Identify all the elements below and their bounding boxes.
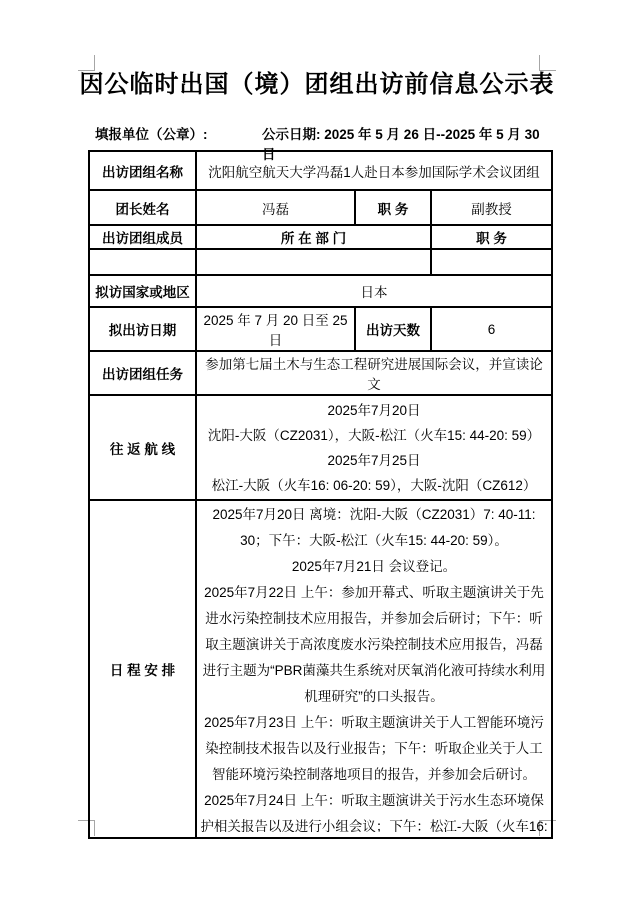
row-schedule: 日 程 安 排 2025年7月20日 离境：沈阳-大阪（CZ2031）7: 40… <box>89 500 552 838</box>
row-task: 出访团组任务 参加第七届土木与生态工程研究进展国际会议，并宣读论文 <box>89 351 552 395</box>
schedule-paragraph: 2025年7月23日 上午：听取主题演讲关于人工智能环境污染控制技术报告以及行业… <box>200 710 548 788</box>
schedule-paragraph: 2025年7月24日 上午：听取主题演讲关于污水生态环境保护相关报告以及进行小组… <box>200 788 548 832</box>
delegation-name-label: 出访团组名称 <box>89 151 196 190</box>
leader-name-value: 冯磊 <box>196 190 355 225</box>
route-label: 往 返 航 线 <box>89 395 196 500</box>
route-line: 2025年7月20日 <box>200 398 548 423</box>
members-label: 出访团组成员 <box>89 225 196 249</box>
schedule-label: 日 程 安 排 <box>89 500 196 838</box>
row-route: 往 返 航 线 2025年7月20日 沈阳-大阪（CZ2031），大阪-松江（火… <box>89 395 552 500</box>
task-label: 出访团组任务 <box>89 351 196 395</box>
route-line: 松江-大阪（火车16: 06-20: 59），大阪-沈阳（CZ612） <box>200 473 548 498</box>
leader-label: 团长姓名 <box>89 190 196 225</box>
document-page: 因公临时出国（境）团组出访前信息公示表 填报单位（公章）: 公示日期: 2025… <box>0 0 634 897</box>
leader-post-label: 职 务 <box>355 190 431 225</box>
publicity-date-label: 公示日期: <box>262 127 321 142</box>
row-members-header: 出访团组成员 所 在 部 门 职 务 <box>89 225 552 249</box>
row-country: 拟访国家或地区 日本 <box>89 275 552 307</box>
route-value: 2025年7月20日 沈阳-大阪（CZ2031），大阪-松江（火车15: 44-… <box>196 395 552 500</box>
days-label: 出访天数 <box>355 307 431 351</box>
row-delegation-name: 出访团组名称 沈阳航空航天大学冯磊1人赴日本参加国际学术会议团组 <box>89 151 552 190</box>
members-empty-name-cell <box>89 249 196 275</box>
days-value: 6 <box>431 307 552 351</box>
members-dept-header: 所 在 部 门 <box>196 225 431 249</box>
schedule-value: 2025年7月20日 离境：沈阳-大阪（CZ2031）7: 40-11: 30；… <box>196 500 552 838</box>
dates-value: 2025 年 7 月 20 日至 25 日 <box>196 307 355 351</box>
row-dates: 拟出访日期 2025 年 7 月 20 日至 25 日 出访天数 6 <box>89 307 552 351</box>
members-empty-post-cell <box>431 249 552 275</box>
members-post-header: 职 务 <box>431 225 552 249</box>
row-leader: 团长姓名 冯磊 职 务 副教授 <box>89 190 552 225</box>
members-empty-dept-cell <box>196 249 431 275</box>
task-value: 参加第七届土木与生态工程研究进展国际会议，并宣读论文 <box>196 351 552 395</box>
route-line: 沈阳-大阪（CZ2031），大阪-松江（火车15: 44-20: 59） <box>200 423 548 448</box>
route-line: 2025年7月25日 <box>200 448 548 473</box>
row-members-empty <box>89 249 552 275</box>
page-title: 因公临时出国（境）团组出访前信息公示表 <box>0 64 634 99</box>
schedule-paragraph: 2025年7月22日 上午：参加开幕式、听取主题演讲关于先进水污染控制技术应用报… <box>200 580 548 710</box>
disclosure-form-table: 出访团组名称 沈阳航空航天大学冯磊1人赴日本参加国际学术会议团组 团长姓名 冯磊… <box>88 150 553 839</box>
country-label: 拟访国家或地区 <box>89 275 196 307</box>
country-value: 日本 <box>196 275 552 307</box>
fill-unit-label: 填报单位（公章）: <box>95 123 208 143</box>
dates-label: 拟出访日期 <box>89 307 196 351</box>
leader-post-value: 副教授 <box>431 190 552 225</box>
delegation-name-value: 沈阳航空航天大学冯磊1人赴日本参加国际学术会议团组 <box>196 151 552 190</box>
schedule-paragraph: 2025年7月21日 会议登记。 <box>200 554 548 580</box>
schedule-paragraph: 2025年7月20日 离境：沈阳-大阪（CZ2031）7: 40-11: 30；… <box>200 502 548 554</box>
